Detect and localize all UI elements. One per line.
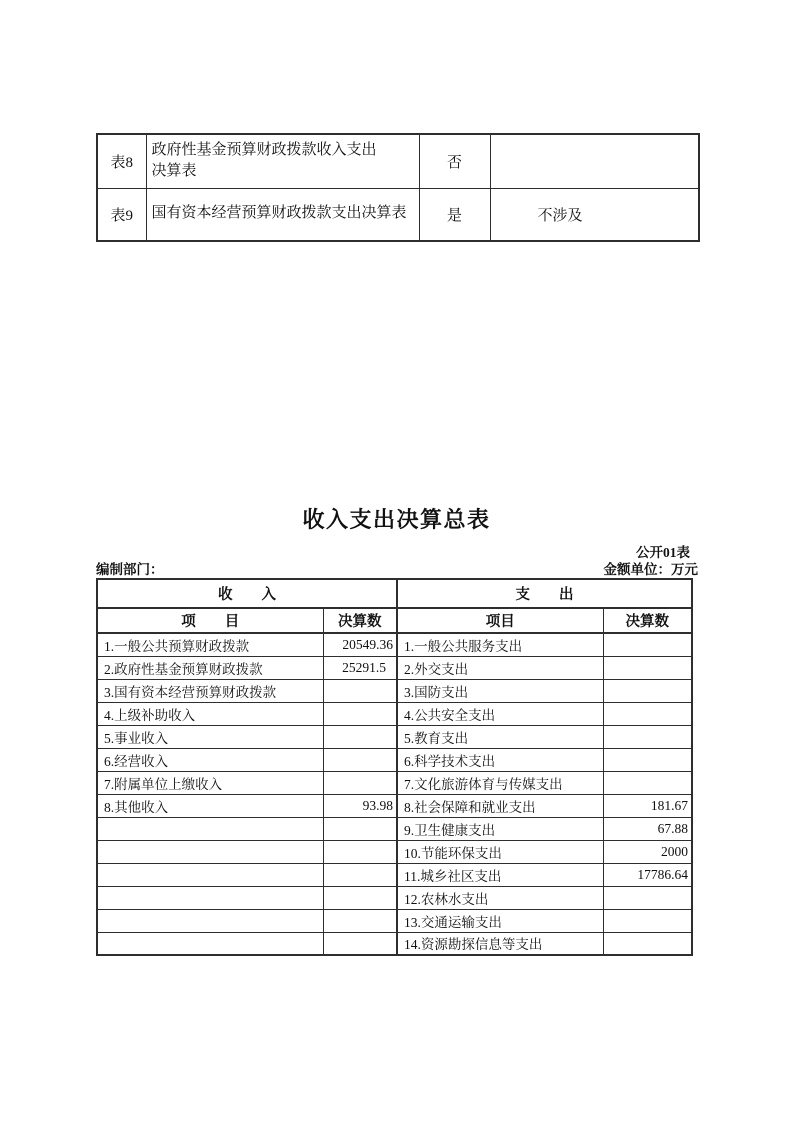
income-item-cell: 8.其他收入	[97, 794, 323, 817]
expense-item-cell: 5.教育支出	[397, 725, 603, 748]
expense-item-cell: 12.农林水支出	[397, 886, 603, 909]
answer-cell: 否	[419, 134, 490, 188]
unit-label: 金额单位：万元	[604, 558, 699, 578]
income-value-cell	[323, 909, 397, 932]
summary-table: 收 入 支 出 项 目 决算数 项目 决算数 1.一般公共预算财政拨款 2054…	[96, 578, 693, 956]
income-item-cell	[97, 909, 323, 932]
income-value-cell	[323, 679, 397, 702]
expense-value-cell	[603, 725, 692, 748]
income-item-cell: 6.经营收入	[97, 748, 323, 771]
expense-value-cell	[603, 679, 692, 702]
income-value-col-header: 决算数	[323, 608, 397, 633]
table-row: 8.其他收入 93.98 8.社会保障和就业支出 181.67	[97, 794, 692, 817]
expense-item-cell: 13.交通运输支出	[397, 909, 603, 932]
table-row: 7.附属单位上缴收入 7.文化旅游体育与传媒支出	[97, 771, 692, 794]
income-item-col-header: 项 目	[97, 608, 323, 633]
table-row: 11.城乡社区支出 17786.64	[97, 863, 692, 886]
checklist-row: 表9 国有资本经营预算财政拨款支出决算表 是 不涉及	[97, 188, 699, 241]
income-item-cell	[97, 840, 323, 863]
income-item-cell	[97, 932, 323, 955]
expense-value-cell	[603, 748, 692, 771]
income-item-cell: 3.国有资本经营预算财政拨款	[97, 679, 323, 702]
expense-value-cell: 181.67	[603, 794, 692, 817]
expense-value-col-header: 决算数	[603, 608, 692, 633]
expense-item-cell: 3.国防支出	[397, 679, 603, 702]
table-row: 10.节能环保支出 2000	[97, 840, 692, 863]
row-id-cell: 表9	[97, 188, 146, 241]
expense-value-cell	[603, 909, 692, 932]
expense-value-cell	[603, 771, 692, 794]
expense-section-header: 支 出	[397, 579, 692, 608]
checklist-row: 表8 政府性基金预算财政拨款收入支出 决算表 否	[97, 134, 699, 188]
table-row: 3.国有资本经营预算财政拨款 3.国防支出	[97, 679, 692, 702]
income-value-cell	[323, 725, 397, 748]
expense-item-cell: 14.资源勘探信息等支出	[397, 932, 603, 955]
table-row: 12.农林水支出	[97, 886, 692, 909]
row-id-cell: 表8	[97, 134, 146, 188]
income-item-cell	[97, 817, 323, 840]
expense-item-col-header: 项目	[397, 608, 603, 633]
income-value-cell: 25291.5	[323, 656, 397, 679]
checklist-table: 表8 政府性基金预算财政拨款收入支出 决算表 否 表9 国有资本经营预算财政拨款…	[96, 133, 700, 242]
income-value-cell: 93.98	[323, 794, 397, 817]
income-item-cell: 4.上级补助收入	[97, 702, 323, 725]
income-value-cell	[323, 863, 397, 886]
table-row: 4.上级补助收入 4.公共安全支出	[97, 702, 692, 725]
income-value-cell	[323, 840, 397, 863]
form-name-cell: 政府性基金预算财政拨款收入支出 决算表	[146, 134, 419, 188]
income-item-cell: 1.一般公共预算财政拨款	[97, 633, 323, 656]
income-value-cell	[323, 771, 397, 794]
expense-item-cell: 9.卫生健康支出	[397, 817, 603, 840]
note-cell	[490, 134, 699, 188]
table-row: 1.一般公共预算财政拨款 20549.36 1.一般公共服务支出	[97, 633, 692, 656]
expense-item-cell: 11.城乡社区支出	[397, 863, 603, 886]
income-value-cell	[323, 702, 397, 725]
section-header-row: 收 入 支 出	[97, 579, 692, 608]
expense-item-cell: 2.外交支出	[397, 656, 603, 679]
table-row: 5.事业收入 5.教育支出	[97, 725, 692, 748]
income-item-cell: 5.事业收入	[97, 725, 323, 748]
expense-value-cell	[603, 886, 692, 909]
expense-item-cell: 1.一般公共服务支出	[397, 633, 603, 656]
table-row: 13.交通运输支出	[97, 909, 692, 932]
income-value-cell	[323, 817, 397, 840]
expense-item-cell: 7.文化旅游体育与传媒支出	[397, 771, 603, 794]
column-header-row: 项 目 决算数 项目 决算数	[97, 608, 692, 633]
expense-value-cell	[603, 656, 692, 679]
document-page: 表8 政府性基金预算财政拨款收入支出 决算表 否 表9 国有资本经营预算财政拨款…	[0, 0, 793, 1122]
expense-value-cell: 2000	[603, 840, 692, 863]
income-item-cell	[97, 863, 323, 886]
expense-value-cell	[603, 702, 692, 725]
form-name-cell: 国有资本经营预算财政拨款支出决算表	[146, 188, 419, 241]
income-value-cell	[323, 886, 397, 909]
expense-item-cell: 8.社会保障和就业支出	[397, 794, 603, 817]
page-title: 收入支出决算总表	[0, 503, 793, 534]
income-item-cell	[97, 886, 323, 909]
income-value-cell	[323, 748, 397, 771]
expense-item-cell: 6.科学技术支出	[397, 748, 603, 771]
expense-value-cell: 67.88	[603, 817, 692, 840]
table-row: 14.资源勘探信息等支出	[97, 932, 692, 955]
table-row: 2.政府性基金预算财政拨款 25291.5 2.外交支出	[97, 656, 692, 679]
expense-item-cell: 10.节能环保支出	[397, 840, 603, 863]
income-value-cell: 20549.36	[323, 633, 397, 656]
expense-value-cell	[603, 932, 692, 955]
answer-cell: 是	[419, 188, 490, 241]
income-item-cell: 2.政府性基金预算财政拨款	[97, 656, 323, 679]
income-item-cell: 7.附属单位上缴收入	[97, 771, 323, 794]
table-row: 9.卫生健康支出 67.88	[97, 817, 692, 840]
expense-value-cell: 17786.64	[603, 863, 692, 886]
prepared-by-label: 编制部门：	[96, 558, 164, 578]
table-row: 6.经营收入 6.科学技术支出	[97, 748, 692, 771]
note-cell: 不涉及	[490, 188, 699, 241]
expense-value-cell	[603, 633, 692, 656]
expense-item-cell: 4.公共安全支出	[397, 702, 603, 725]
income-section-header: 收 入	[97, 579, 397, 608]
income-value-cell	[323, 932, 397, 955]
